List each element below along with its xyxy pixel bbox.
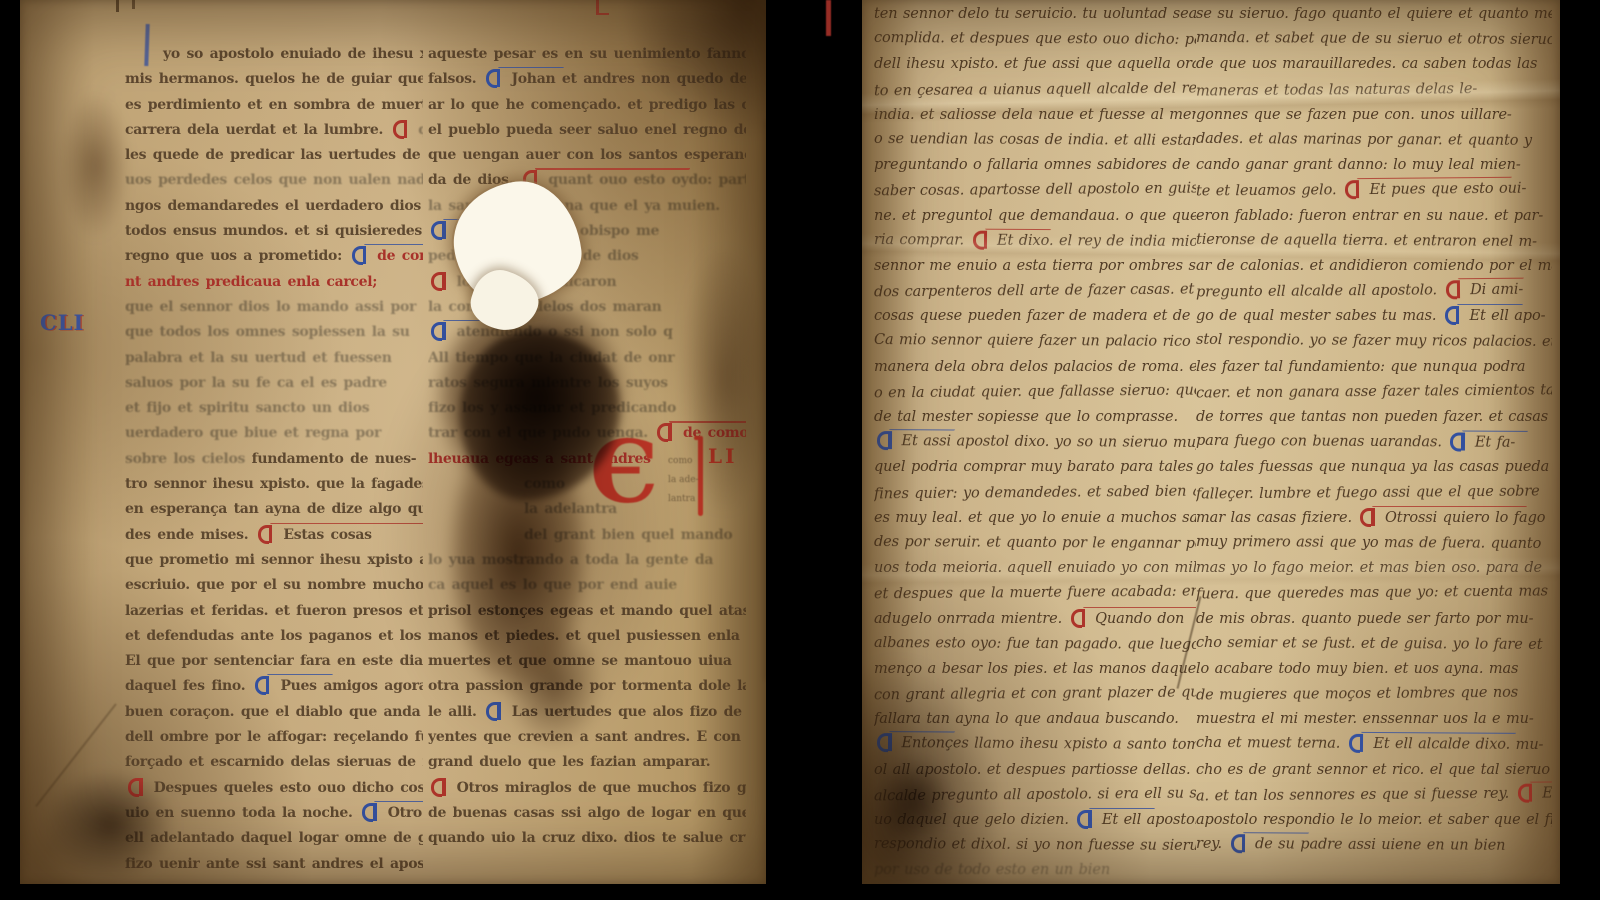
paraph-mark-blue (1077, 810, 1091, 825)
manuscript-text: go de qual mester sabes tu mas. (1196, 308, 1442, 324)
paraph-mark-blue (352, 246, 366, 261)
manuscript-text: fallara tan ayna lo que andaua buscando. (874, 711, 1179, 727)
manuscript-text: Otrossi quiero lo fago (1379, 510, 1545, 526)
manuscript-text: palabra et la su uertud et fuessen (125, 350, 392, 366)
manuscript-text: go tales fuessas que nunqua ya las casas… (1196, 459, 1549, 475)
manuscript-text: albanes esto oyo: fue tan pagado. que lu… (874, 635, 1196, 653)
manuscript-text: que non (412, 122, 423, 138)
manuscript-text: cha et muest terna. (1196, 735, 1346, 752)
manuscript-text: ca aquel es lo que por end auie (428, 577, 677, 593)
manuscript-text: alcalde pregunto all apostolo. si era el… (874, 785, 1196, 804)
manuscript-text: Et ell apostolo (1096, 812, 1196, 828)
paraph-mark-blue (1445, 306, 1459, 321)
manuscript-text: falleçer. lumbre et fuego assi que el qu… (1196, 483, 1540, 502)
manuscript-text: saber cosas. apartosse dell apostolo en … (874, 180, 1196, 199)
manuscript-text: cosas quese pueden fazer de madera et de… (874, 308, 1196, 324)
manuscript-text: Et ell (1537, 785, 1552, 801)
manuscript-text: fuera. que queredes mas que yo: et cuent… (1196, 584, 1548, 603)
manuscript-text: El que por sentenciar fara en este dia m… (125, 653, 423, 669)
trimmed-rubric-mark (596, 0, 609, 15)
manuscript-text: ol all apostolo. et despues partiosse de… (874, 762, 1196, 778)
manuscript-text: eron fablado: fueron entrar en su naue. … (1196, 208, 1543, 224)
manuscript-text: quando uio la cruz dixo. dios te salue c… (428, 830, 746, 846)
manuscript-text: Despues queles esto ouo dicho cosas much… (147, 780, 423, 796)
manuscript-text: de que uos marauillaredes. ca saben toda… (1196, 56, 1537, 72)
paraph-mark-red (1071, 609, 1085, 624)
manuscript-text: manos et piedes. et quel pusiessen enla … (428, 628, 746, 644)
margin-stain (60, 90, 130, 240)
manuscript-text: et fijo et spiritu sancto un dios (125, 400, 369, 416)
initial-sidenote: comola ade-lantra (668, 452, 728, 509)
paraph-mark-blue (431, 221, 445, 236)
manuscript-text: de su padre assi uiene en un bien (1249, 836, 1505, 854)
manuscript-text: ria comprar. (874, 232, 970, 249)
paraph-mark-blue (1349, 734, 1363, 749)
manuscript-text: de buenas casas ssi algo de logar en que… (428, 805, 746, 821)
paraph-mark-red (393, 120, 407, 135)
manuscript-text: complida. et despues que esto ouo dicho:… (874, 30, 1196, 48)
manuscript-text: lazerias et feridas. et fueron presos et… (125, 603, 423, 619)
manuscript-text: con grant allegria et con grant plazer d… (874, 685, 1196, 704)
manuscript-text: dell ombre por le affogar: reçelando fue… (125, 729, 423, 745)
paraph-mark-red (1345, 180, 1359, 195)
manuscript-text: muertes et que omne se mantouo uiua (428, 653, 732, 669)
manuscript-text: uo daquel que gelo dizien. (874, 812, 1074, 828)
right-page: ten sennor delo tu seruicio. tu uoluntad… (862, 0, 1560, 884)
right-column-1: ten sennor delo tu seruicio. tu uoluntad… (874, 2, 1196, 884)
manuscript-text: uos perdedes celos que non ualen nada. l… (125, 172, 423, 188)
manuscript-text: Johan et andres non quedo de us- (505, 71, 746, 87)
gutter-red-stroke (826, 0, 831, 36)
manuscript-text: prisol estonçes egeas et mando quel atas… (428, 603, 746, 619)
manuscript-text: Et pues que esto oui- (1364, 181, 1526, 198)
manuscript-text: falsos. (428, 71, 483, 87)
manuscript-text: lo acabare todo muy bien. et uos ayna. m… (1196, 661, 1518, 677)
manuscript-text: lo yua mostrando a toda la gente da (428, 552, 713, 568)
manuscript-text: muy primero assi que yo mas de fuera. qu… (1196, 534, 1541, 552)
paraph-mark-red (1518, 783, 1532, 798)
manuscript-text: Quando don (1090, 611, 1185, 627)
manuscript-text: te et leuamos gelo. (1196, 183, 1342, 200)
manuscript-text: dell ihesu xpisto. et fue assi que aquel… (874, 56, 1196, 72)
manuscript-text: to en çesarea a uianus aquell alcalde de… (874, 80, 1196, 99)
manuscript-text: caer. et non ganara asse fazer tales cim… (1196, 382, 1552, 401)
manuscript-text: Otro dia fue (381, 805, 423, 821)
manuscript-text: dos carpenteros dell arte de fazer casas… (874, 281, 1196, 300)
manuscript-text: daquel fes fino. (125, 678, 252, 694)
manuscript-text: a. et tan los sennores es que si fuesse … (1196, 786, 1515, 805)
manuscript-text: muestra el mi mester. enssennar uos la e… (1196, 711, 1534, 727)
manuscript-text: india. et saliosse dela naue et fuesse a… (874, 107, 1196, 123)
manuscript-text: manera dela obra delos palacios de roma.… (874, 359, 1196, 375)
manuscript-text: mar las casas fiziere. (1196, 510, 1357, 526)
trimmed-ascender-mark (132, 0, 135, 9)
paraph-mark-red (431, 272, 445, 287)
manuscript-text: carrera dela uerdat et la lumbre. (125, 122, 390, 138)
manuscript-text: uos toda meioria. aquell enuiado yo con … (874, 560, 1196, 576)
manuscript-text: manda. et sabet que de su sieruo et otro… (1196, 30, 1552, 48)
manuscript-text: stol respondio. yo se fazer muy ricos pa… (1196, 332, 1552, 350)
manuscript-text: gonnes que se fazen pue con. unos uillar… (1196, 107, 1512, 123)
manuscript-text: de mugieres que moços et lombres que nos (1196, 685, 1518, 704)
manuscript-text: Entonçes llamo ihesu xpisto a santo toma… (896, 736, 1196, 754)
manuscript-text: uio en suenno toda la noche. (125, 805, 359, 821)
manuscript-text: sobre los cielos (125, 451, 252, 467)
paraph-mark-blue (1230, 834, 1244, 849)
manuscript-text: tro sennor ihesu xpisto. que la fagades … (125, 476, 423, 492)
manuscript-text: adugelo onrrada mientre. (874, 611, 1068, 627)
manuscript-text: respondio et dixol. si yo non fuesse su … (874, 836, 1196, 854)
manuscript-text: que todos los omnes sopiessen la su (125, 324, 410, 340)
paraph-mark-red (258, 525, 272, 540)
paraph-mark-blue (486, 69, 500, 84)
manuscript-text: ell adelantado daquel logar omne de gran… (125, 830, 423, 846)
manuscript-text: es perdimiento et en sombra de muerte qu… (125, 97, 423, 113)
manuscript-text: dades. et alas marinas por ganar. et qua… (1196, 131, 1532, 149)
manuscript-text: de torres que tantas non pueden fazer. e… (1196, 409, 1548, 425)
paraph-mark-blue (877, 733, 891, 748)
manuscript-text: que prometio mi sennor ihesu xpisto assi… (125, 552, 423, 568)
manuscript-text: es muy leal. et que yo lo enuie a muchos… (874, 510, 1196, 526)
manuscript-text: rey. (1196, 836, 1228, 852)
trimmed-ascender-mark (116, 0, 119, 12)
manuscript-text: menço a besar los pies. et las manos daq… (874, 661, 1196, 677)
manuscript-text: que el sennor dios lo mando assi por (125, 299, 416, 315)
manuscript-text: Et assi apostol dixo. yo so un sieruo mu… (896, 433, 1196, 451)
manuscript-text: le alli. (428, 704, 483, 720)
rubric-text: nt andres predicaua enla carcel; (125, 274, 377, 290)
manuscript-text: mis hermanos. quelos he de guiar que son… (125, 71, 423, 87)
manuscript-text: Las uertudes que alos fizo de dos (505, 704, 746, 720)
manuscript-text: fizo uenir ante ssi sant andres el apost… (125, 856, 423, 872)
manuscript-text: quant ouo esto oydo: partiosse (542, 172, 746, 188)
manuscript-text: Et ell apo- (1464, 308, 1545, 324)
paraph-mark-red (1360, 508, 1374, 523)
left-page: yo so apostolo enuiado de ihesu xpisto p… (20, 0, 766, 884)
manuscript-text: Otros miraglos de que muchos fizo grand (450, 780, 746, 796)
manuscript-text: que uengan auer con los santos esperança… (428, 147, 746, 163)
manuscript-text: pregunto ell alcalde all apostolo. (1196, 282, 1443, 300)
manuscript-text: et despues que la muerte fuere acabada: … (874, 584, 1196, 603)
manuscript-text: et defendudas ante los paganos et los su… (125, 628, 423, 644)
manuscript-text: des ende mises. (125, 527, 255, 543)
right-column-2: se su sieruo. fago quanto el quiere et q… (1196, 2, 1552, 858)
manuscript-text: tieronse de aquella tierra. et entraron … (1196, 232, 1537, 250)
manuscript-text: forçado et escarnido delas sieruas de ih… (125, 754, 423, 770)
manuscript-text: el pueblo pueda seer saluo enel regno de… (428, 122, 746, 138)
manuscript-text: Estas cosas (277, 527, 372, 543)
manuscript-text: Pues amigos agora con (274, 678, 423, 694)
manuscript-text: fines quier: yo demandedes. et sabed bie… (874, 483, 1196, 502)
paraph-mark-blue (431, 322, 445, 337)
paraph-mark-blue (877, 431, 891, 446)
manuscript-text: o en la ciudat quier. que fallasse sieru… (874, 382, 1196, 401)
manuscript-text: la companna delos dos maran (428, 299, 662, 315)
manuscript-text: Et dixo. el rey de india mio (992, 232, 1197, 249)
manuscript-text: maneras et todas las naturas delas le- (1196, 81, 1477, 99)
manuscript-text: saluos por la su fe ca el es padre (125, 375, 387, 391)
manuscript-text: ne. et preguntol que demandaua. o que qu… (874, 208, 1196, 224)
manuscript-text: mas yo lo fago meior. et mas bien oso. p… (1196, 560, 1542, 576)
paraph-mark-blue (486, 702, 500, 717)
paraph-mark-red (431, 778, 445, 793)
manuscript-text: les quede de predicar las uertudes de di… (125, 147, 423, 163)
manuscript-text: o se uendian las cosas de india. et alli… (874, 131, 1196, 149)
manuscript-text: cando ganar grant danno: lo muy leal mie… (1196, 157, 1521, 173)
manuscript-text: quel podria comprar muy barato para tale… (874, 459, 1193, 475)
manuscript-text: aqueste pesar es en su uenimiento fannos… (428, 46, 746, 62)
manuscript-text: buen coraçon. que el diablo que anda a d… (125, 704, 423, 720)
manuscript-text: de tal mester sopiesse que lo comprasse. (874, 409, 1178, 425)
manuscript-text: uerdadero que biue et regna por (125, 425, 381, 441)
manuscript-photo: yo so apostolo enuiado de ihesu xpisto p… (0, 0, 1600, 900)
manuscript-text: se su sieruo. fago quanto el quiere et q… (1196, 6, 1552, 22)
paraph-mark-red (973, 230, 987, 245)
manuscript-text: fundamento de nues- (252, 451, 417, 467)
manuscript-text: preguntando o fallaria omnes sabidores d… (874, 157, 1190, 173)
manuscript-text: en esperança tan ayna de dize algo que n… (125, 501, 423, 517)
manuscript-text: Et fa- (1469, 435, 1515, 451)
manuscript-text: sennor me enuio a esta tierra por ombres… (874, 258, 1196, 274)
manuscript-text: grand duelo que les fazian amparar. (428, 754, 710, 770)
gutter-shadow (762, 120, 766, 680)
manuscript-text: ten sennor delo tu seruicio. tu uoluntad… (874, 6, 1196, 22)
paraph-mark-red (128, 778, 142, 793)
rubric-text: de como sa (371, 248, 423, 264)
manuscript-text: cho semiar et se fust. et de guisa. yo l… (1196, 635, 1543, 653)
manuscript-text: por uso de todo esto en un bien (874, 862, 1110, 878)
manuscript-text: escriuio. que por el su nombre muchos so… (125, 577, 423, 593)
manuscript-text: para fuego con buenas uarandas. (1196, 433, 1447, 451)
paraph-mark-blue (1450, 433, 1464, 448)
scratch-line (35, 703, 116, 806)
folio-number: CLI (40, 310, 84, 335)
manuscript-text: cho es de grant sennor et rico. el que t… (1196, 762, 1550, 778)
manuscript-text: les fazer tal fundamiento: que nunqua po… (1196, 359, 1525, 375)
manuscript-text: des por seruir. et quanto por le enganna… (874, 534, 1196, 552)
paraph-mark-blue (255, 676, 269, 691)
manuscript-text: ar de calonias. et andidieron comiendo p… (1196, 258, 1552, 274)
manuscript-text: yentes que crevien a sant andres. E con … (428, 729, 746, 745)
manuscript-text: del grant bien quel mando (524, 527, 732, 543)
rubric-text: de como (676, 425, 746, 441)
manuscript-text: ngos demandaredes el uerdadero dios que … (125, 198, 423, 214)
paraph-mark-red (1445, 280, 1459, 295)
manuscript-text: apostolo respondio le lo meior. et saber… (1196, 812, 1552, 828)
manuscript-text: otra passion grande por tormenta dole la… (428, 678, 746, 694)
left-column-1: yo so apostolo enuiado de ihesu xpisto p… (125, 42, 423, 877)
manuscript-text: todos ensus mundos. et si quisieredes ue… (125, 223, 423, 239)
manuscript-text: ar lo que he començado. et predigo las c… (428, 97, 746, 113)
manuscript-text: Di ami- (1464, 282, 1523, 299)
manuscript-text: Ca mio sennor quiere fazer un palacio ri… (874, 332, 1196, 350)
manuscript-text: de mis obras. quanto puede ser farto por… (1196, 611, 1533, 627)
paraph-mark-red (657, 423, 671, 438)
manuscript-text: Et ell alcalde dixo. mu- (1368, 736, 1544, 753)
manuscript-text: yo so apostolo enuiado de ihesu xpisto p… (163, 46, 423, 62)
paraph-mark-blue (362, 803, 376, 818)
manuscript-text: regno que uos a prometido: (125, 248, 349, 264)
